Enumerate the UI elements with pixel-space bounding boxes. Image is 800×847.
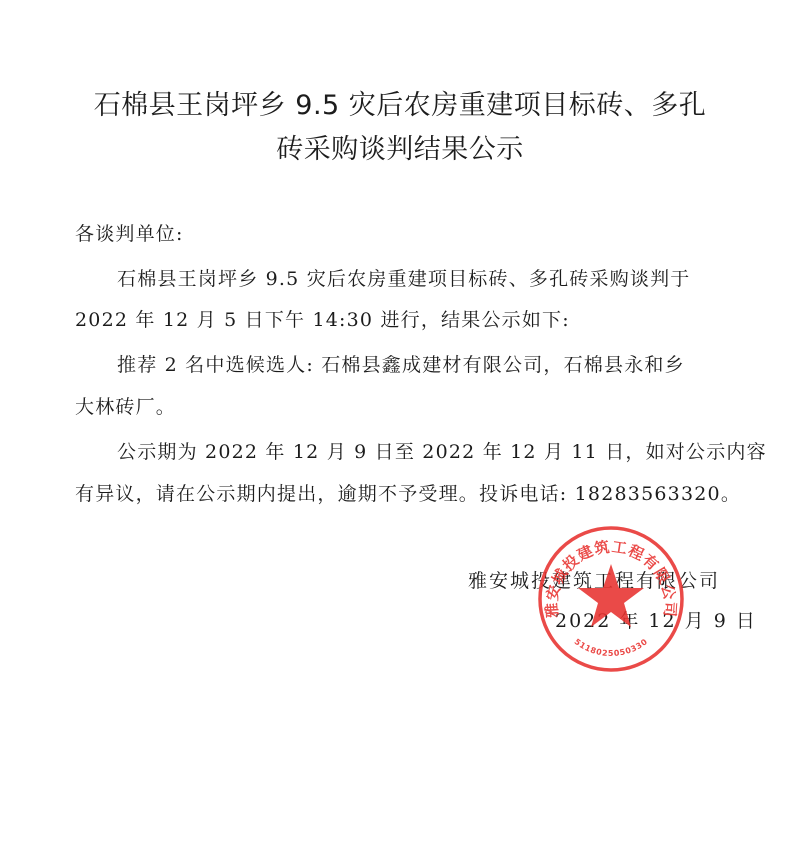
signature-date: 2022 年 12 月 9 日 <box>555 606 757 633</box>
signer-company: 雅安城投建筑工程有限公司 <box>468 566 720 593</box>
title-line-2: 砖采购谈判结果公示 <box>40 128 760 172</box>
seal-code-text: 5118025050330 <box>573 637 650 658</box>
paragraph-2-line-2: 大林砖厂。 <box>75 392 176 419</box>
svg-text:5118025050330: 5118025050330 <box>573 637 650 658</box>
company-seal: 雅安城投建筑工程有限公司 5118025050330 <box>536 524 686 674</box>
paragraph-1-line-2: 2022 年 12 月 5 日下午 14:30 进行，结果公示如下: <box>75 305 570 332</box>
salutation: 各谈判单位: <box>75 219 184 246</box>
paragraph-2-line-1: 推荐 2 名中选候选人: 石棉县鑫成建材有限公司，石棉县永和乡 <box>117 350 685 377</box>
document-title: 石棉县王岗坪乡 9.5 灾后农房重建项目标砖、多孔 砖采购谈判结果公示 <box>40 84 760 172</box>
paragraph-3-line-2: 有异议，请在公示期内提出，逾期不予受理。投诉电话: 18283563320。 <box>75 479 741 506</box>
title-line-1: 石棉县王岗坪乡 9.5 灾后农房重建项目标砖、多孔 <box>40 84 760 128</box>
document-page: 石棉县王岗坪乡 9.5 灾后农房重建项目标砖、多孔 砖采购谈判结果公示 各谈判单… <box>0 0 800 847</box>
paragraph-3-line-1: 公示期为 2022 年 12 月 9 日至 2022 年 12 月 11 日，如… <box>117 437 767 464</box>
paragraph-1-line-1: 石棉县王岗坪乡 9.5 灾后农房重建项目标砖、多孔砖采购谈判于 <box>117 264 691 291</box>
